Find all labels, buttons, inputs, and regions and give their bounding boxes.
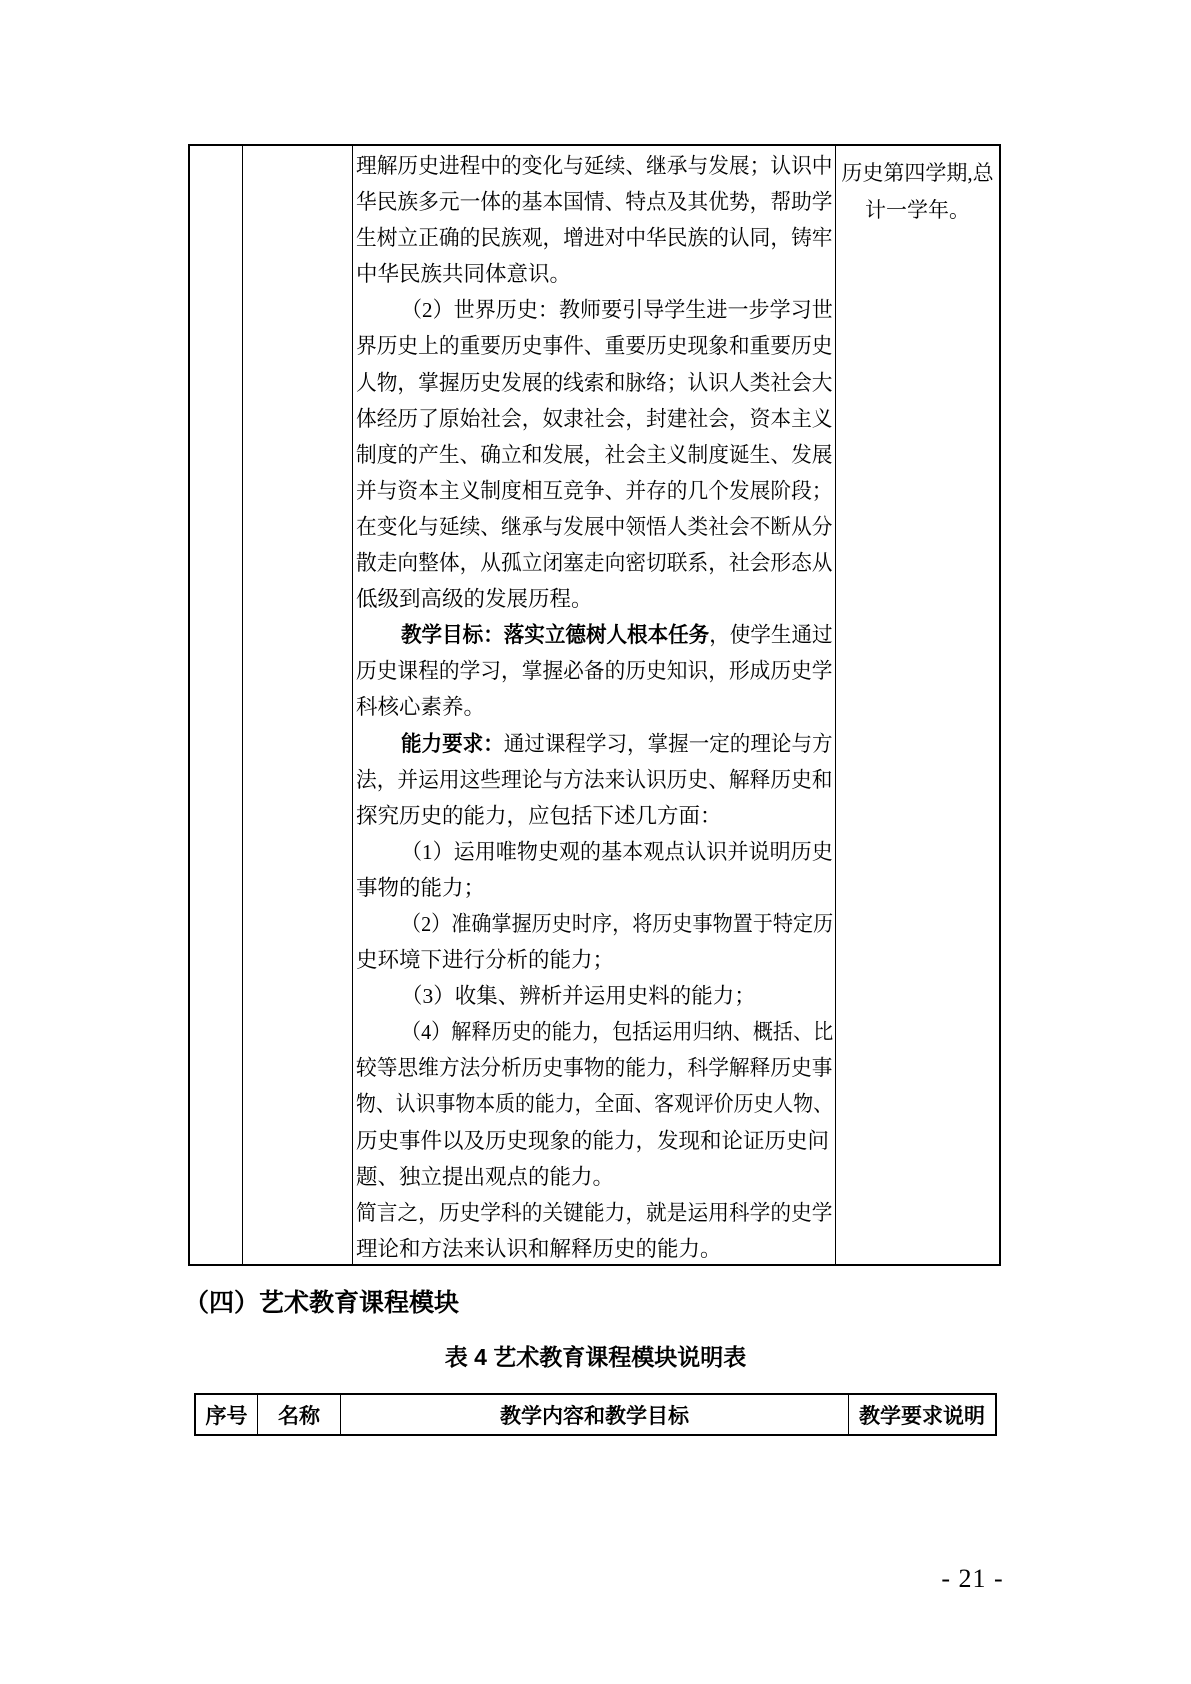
regular-text: ，使学生通过: [709, 623, 832, 647]
text-line: 题、独立提出观点的能力。: [356, 1159, 833, 1195]
text-line: 体经历了原始社会，奴隶社会，封建社会，资本主义: [356, 401, 816, 437]
text-line: 在变化与延续、继承与发展中领悟人类社会不断从分: [356, 509, 816, 545]
history-table-content-cell: 理解历史进程中的变化与延续、继承与发展；认识中 华民族多元一体的基本国情、特点及…: [353, 146, 836, 1264]
regular-text: 史环境下进行分析的能力；: [356, 948, 614, 972]
regular-text: 理论和方法来认识和解释历史的能力。: [356, 1237, 722, 1261]
header-cell-content-goals: 教学内容和教学目标: [341, 1395, 849, 1434]
header-cell-name: 名称: [258, 1395, 341, 1434]
text-line: 低级到高级的发展历程。: [356, 581, 833, 617]
text-line: 并与资本主义制度相互竞争、并存的几个发展阶段；: [356, 473, 816, 509]
history-table-serial-cell: [190, 146, 243, 1264]
note-line: 历史第四学期,总: [836, 155, 999, 192]
regular-text: 体经历了原始社会，奴隶社会，封建社会，资本主义: [356, 407, 833, 431]
text-line: 散走向整体，从孤立闭塞走向密切联系，社会形态从: [356, 545, 816, 581]
regular-text: 生树立正确的民族观，增进对中华民族的认同，铸牢: [356, 226, 833, 250]
text-line: 中华民族共同体意识。: [356, 256, 833, 292]
regular-text: 简言之，历史学科的关键能力，就是运用科学的史学: [356, 1201, 833, 1225]
text-line: （1）运用唯物史观的基本观点认识并说明历史: [401, 834, 824, 870]
regular-text: 在变化与延续、继承与发展中领悟人类社会不断从分: [356, 515, 833, 539]
regular-text: 理解历史进程中的变化与延续、继承与发展；认识中: [356, 154, 833, 178]
regular-text: 华民族多元一体的基本国情、特点及其优势，帮助学: [356, 190, 833, 214]
regular-text: （4）解释历史的能力，包括运用归纳、概括、比: [401, 1020, 833, 1044]
text-line: 物、认识事物本质的能力，全面、客观评价历史人物、: [356, 1086, 797, 1122]
header-cell-serial: 序号: [196, 1395, 258, 1434]
text-line: 事物的能力；: [356, 870, 833, 906]
regular-text: 低级到高级的发展历程。: [356, 587, 593, 611]
note-line: 计一学年。: [836, 192, 999, 229]
regular-text: 探究历史的能力，应包括下述几方面：: [356, 804, 722, 828]
regular-text: 题、独立提出观点的能力。: [356, 1165, 614, 1189]
text-line: 教学目标：落实立德树人根本任务，使学生通过: [401, 617, 814, 653]
text-line: （4）解释历史的能力，包括运用归纳、概括、比: [401, 1014, 805, 1050]
text-line: 科核心素养。: [356, 689, 833, 725]
text-line: 华民族多元一体的基本国情、特点及其优势，帮助学: [356, 184, 816, 220]
bold-text: 教学目标：落实立德树人根本任务: [401, 623, 709, 647]
history-table-name-cell: [243, 146, 353, 1264]
text-line: 制度的产生、确立和发展，社会主义制度诞生、发展: [356, 437, 816, 473]
regular-text: 较等思维方法分析历史事物的能力，科学解释历史事: [356, 1056, 833, 1080]
text-line: 较等思维方法分析历史事物的能力，科学解释历史事: [356, 1050, 816, 1086]
regular-text: （3）收集、辨析并运用史料的能力；: [401, 984, 756, 1008]
bold-text: 能力要求：: [401, 732, 504, 756]
section-heading: （四）艺术教育课程模块: [184, 1288, 459, 1318]
text-line: 理解历史进程中的变化与延续、继承与发展；认识中: [356, 148, 816, 184]
regular-text: 界历史上的重要历史事件、重要历史现象和重要历史: [356, 334, 833, 358]
text-line: 生树立正确的民族观，增进对中华民族的认同，铸牢: [356, 220, 816, 256]
text-line: 界历史上的重要历史事件、重要历史现象和重要历史: [356, 328, 816, 364]
regular-text: 中华民族共同体意识。: [356, 262, 571, 286]
regular-text: 法，并运用这些理论与方法来认识历史、解释历史和: [356, 768, 833, 792]
regular-text: （2）准确掌握历史时序，将历史事物置于特定历: [401, 912, 833, 936]
text-line: （2）世界历史：教师要引导学生进一步学习世: [401, 292, 824, 328]
text-line: 简言之，历史学科的关键能力，就是运用科学的史学: [356, 1195, 816, 1231]
regular-text: 历史事件以及历史现象的能力，发现和论证历史问: [356, 1129, 829, 1153]
table-caption: 表 4 艺术教育课程模块说明表: [194, 1344, 997, 1372]
text-line: （3）收集、辨析并运用史料的能力；: [401, 978, 833, 1014]
text-line: 史环境下进行分析的能力；: [356, 942, 833, 978]
regular-text: 人物，掌握历史发展的线索和脉络；认识人类社会大: [356, 371, 833, 395]
page-number: - 21 -: [905, 1564, 1040, 1594]
regular-text: 通过课程学习，掌握一定的理论与方: [504, 732, 833, 756]
content-lines: 理解历史进程中的变化与延续、继承与发展；认识中 华民族多元一体的基本国情、特点及…: [356, 148, 833, 1267]
regular-text: 事物的能力；: [356, 876, 485, 900]
regular-text: 并与资本主义制度相互竞争、并存的几个发展阶段；: [356, 479, 833, 503]
regular-text: 散走向整体，从孤立闭塞走向密切联系，社会形态从: [356, 551, 833, 575]
text-line: 探究历史的能力，应包括下述几方面：: [356, 798, 833, 834]
regular-text: 物、认识事物本质的能力，全面、客观评价历史人物、: [356, 1092, 833, 1116]
art-module-table-header: 序号 名称 教学内容和教学目标 教学要求说明: [194, 1393, 997, 1436]
text-line: （2）准确掌握历史时序，将历史事物置于特定历: [401, 906, 805, 942]
header-cell-requirements: 教学要求说明: [849, 1395, 995, 1434]
text-line: 能力要求：通过课程学习，掌握一定的理论与方: [401, 726, 814, 762]
text-line: 理论和方法来认识和解释历史的能力。: [356, 1231, 833, 1267]
text-line: 历史课程的学习，掌握必备的历史知识，形成历史学: [356, 653, 816, 689]
text-line: 法，并运用这些理论与方法来认识历史、解释历史和: [356, 762, 816, 798]
regular-text: （2）世界历史：教师要引导学生进一步学习世: [401, 298, 833, 322]
history-module-table: 理解历史进程中的变化与延续、继承与发展；认识中 华民族多元一体的基本国情、特点及…: [188, 144, 1001, 1266]
regular-text: 科核心素养。: [356, 695, 485, 719]
text-line: 历史事件以及历史现象的能力，发现和论证历史问: [356, 1123, 833, 1159]
history-table-note-cell: 历史第四学期,总 计一学年。: [836, 146, 999, 1264]
regular-text: 历史课程的学习，掌握必备的历史知识，形成历史学: [356, 659, 833, 683]
regular-text: （1）运用唯物史观的基本观点认识并说明历史: [401, 840, 833, 864]
regular-text: 制度的产生、确立和发展，社会主义制度诞生、发展: [356, 443, 833, 467]
document-page: 理解历史进程中的变化与延续、继承与发展；认识中 华民族多元一体的基本国情、特点及…: [0, 0, 1191, 1684]
text-line: 人物，掌握历史发展的线索和脉络；认识人类社会大: [356, 365, 816, 401]
